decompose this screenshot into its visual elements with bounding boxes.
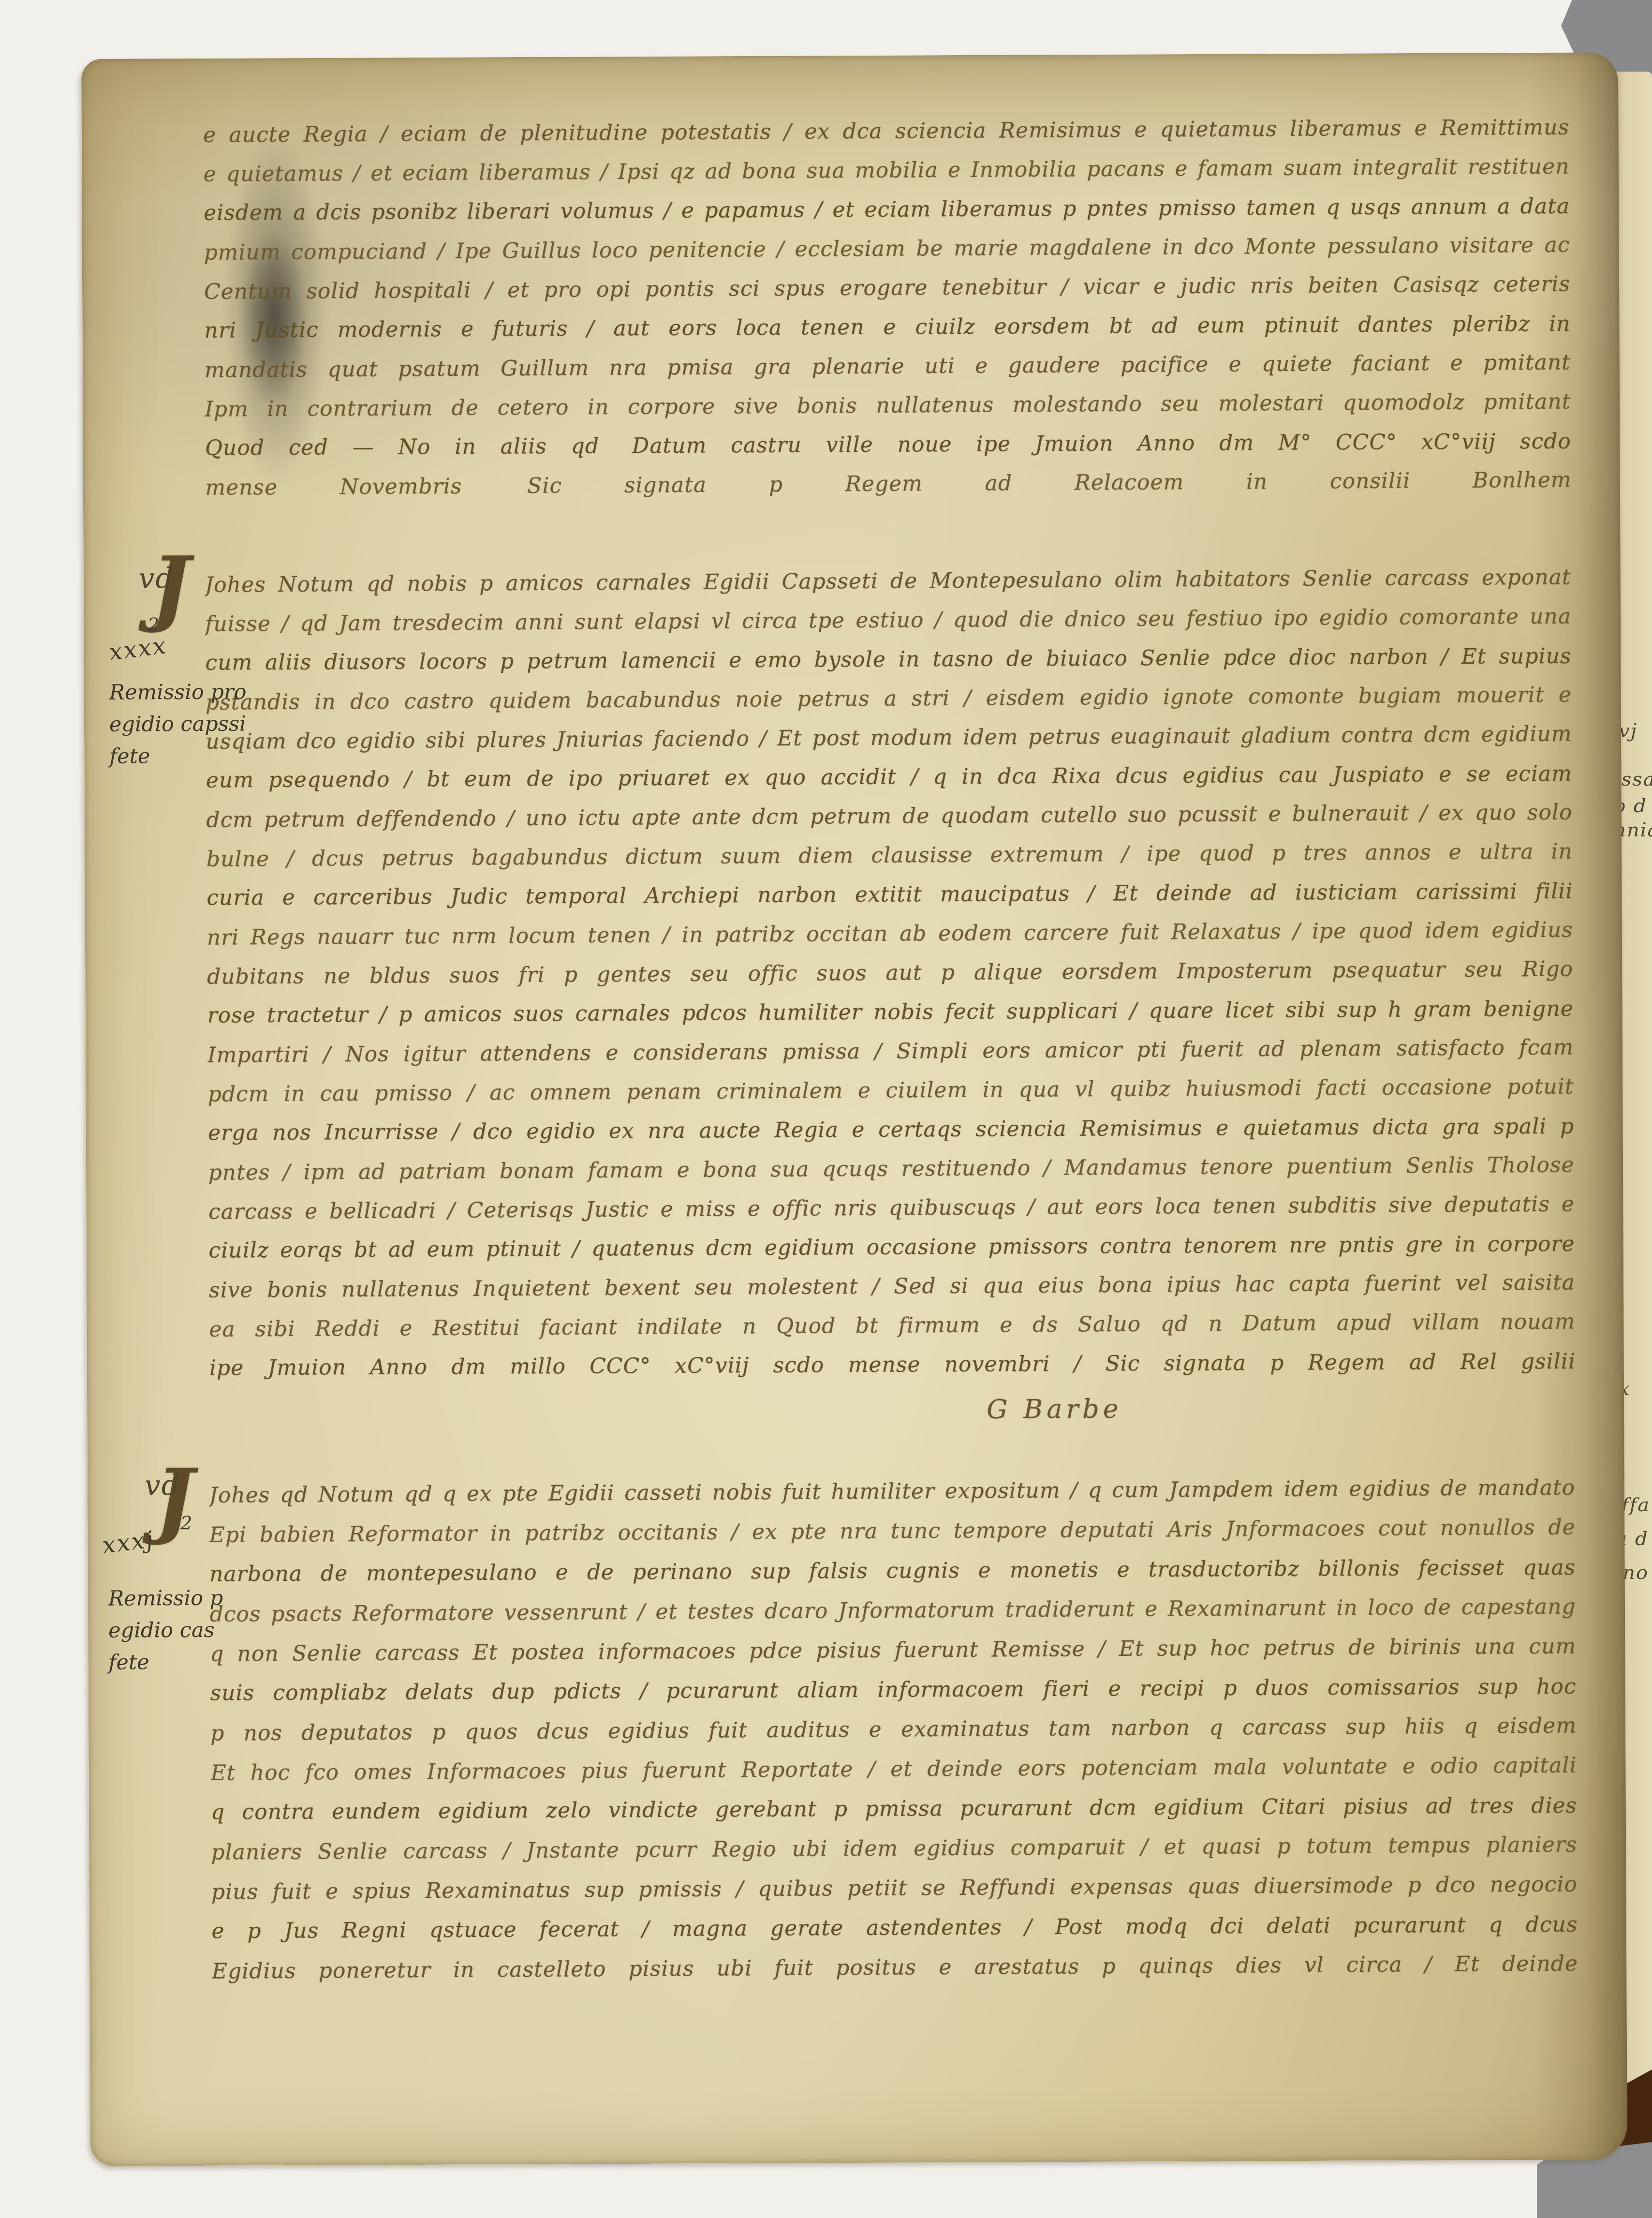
text-line: cum aliis diusors locors p petrum lamenc… (205, 638, 1571, 684)
text-line: mense Novembris Sic signata p Regem ad R… (205, 461, 1571, 508)
text-line: Egidius poneretur in castelleto pisius u… (212, 1945, 1578, 1993)
text-line: suis compliabz delats dup pdicts / pcura… (210, 1668, 1576, 1714)
text-line: q contra eundem egidium zelo vindicte ge… (211, 1787, 1577, 1833)
text-line: carcass e bellicadri / Ceterisqs Justic … (208, 1186, 1575, 1233)
text-line: Epi babien Reformator in patribz occitan… (209, 1509, 1576, 1556)
text-line: nri Justic modernis e futuris / aut eors… (204, 305, 1570, 351)
margin-number: 2 (147, 614, 159, 635)
margin-note-line: egidio capssi (109, 709, 312, 742)
text-line: rose tractetur / p amicos suos carnales … (207, 990, 1574, 1036)
text-line: pius fuit e spius Rexaminatus sup pmissi… (211, 1866, 1578, 1913)
text-line: erga nos Incurrisse / dco egidio ex nra … (208, 1108, 1574, 1154)
text-line: ciuilz eorqs bt ad eum ptinuit / quatenu… (208, 1225, 1575, 1271)
text-line: eum psequendo / bt eum de ipo priuaret e… (206, 755, 1572, 801)
paraph-mark: vd (145, 1469, 180, 1502)
text-line: pdcm in cau pmisso / ac omnem penam crim… (207, 1068, 1574, 1115)
margin-note-line: egidio cas (108, 1615, 311, 1648)
paraph-mark: vd (139, 562, 175, 595)
margin-note-line: fete (108, 1647, 311, 1680)
margin-note-line: Remissio pro (109, 677, 312, 710)
text-line: eisdem a dcis psonibz liberari volumus /… (204, 188, 1570, 234)
text-line: ipe Jmuion Anno dm millo CCC° xC°viij sc… (209, 1343, 1576, 1389)
text-line: Ipm in contrarium de cetero in corpore s… (205, 383, 1571, 430)
text-line: e quietamus / et eciam liberamus / Ipsi … (203, 148, 1569, 195)
margin-number: 2 (180, 1512, 192, 1533)
text-line: ea sibi Reddi e Restitui faciant indilat… (209, 1303, 1575, 1350)
text-block-bottom: Johes qd Notum qd q ex pte Egidii casset… (209, 1469, 1578, 1993)
text-line: fuisse / qd Jam tresdecim anni sunt elap… (205, 598, 1571, 645)
margin-note-text: Remissio proegidio capssifete (109, 677, 313, 774)
margin-roman-numeral: xxxj (101, 1526, 156, 1559)
margin-note-line: Remissio p (108, 1583, 311, 1616)
clerk-signature: G Barbe (987, 1392, 1373, 1424)
text-line: dubitans ne bldus suos fri p gentes seu … (207, 951, 1573, 997)
text-line: curia e carceribus Judic temporal Archie… (206, 873, 1573, 919)
margin-roman-numeral: xxxx (107, 632, 168, 666)
text-line: Et hoc fco omes Informacoes pius fuerunt… (210, 1747, 1577, 1794)
text-line: narbona de montepesulano e de perinano s… (209, 1549, 1576, 1595)
text-line: usqiam dco egidio sibi plures Jniurias f… (206, 715, 1572, 762)
manuscript-page: e aucte Regia / eciam de plenitudine pot… (81, 52, 1627, 2166)
text-line: e p Jus Regni qstuace fecerat / magna ge… (211, 1906, 1578, 1952)
text-block-middle: Johes Notum qd nobis p amicos carnales E… (205, 559, 1576, 1389)
text-line: Quod ced — No in aliis qd Datum castru v… (205, 423, 1571, 469)
text-line: Centum solid hospitali / et pro opi pont… (204, 266, 1570, 313)
margin-note-line: fete (109, 741, 312, 774)
text-line: bulne / dcus petrus bagabundus dictum su… (206, 833, 1573, 880)
text-line: q non Senlie carcass Et postea informaco… (210, 1628, 1576, 1675)
margin-note-text: Remissio pegidio casfete (108, 1583, 312, 1680)
text-block-top: e aucte Regia / eciam de plenitudine pot… (203, 109, 1572, 508)
